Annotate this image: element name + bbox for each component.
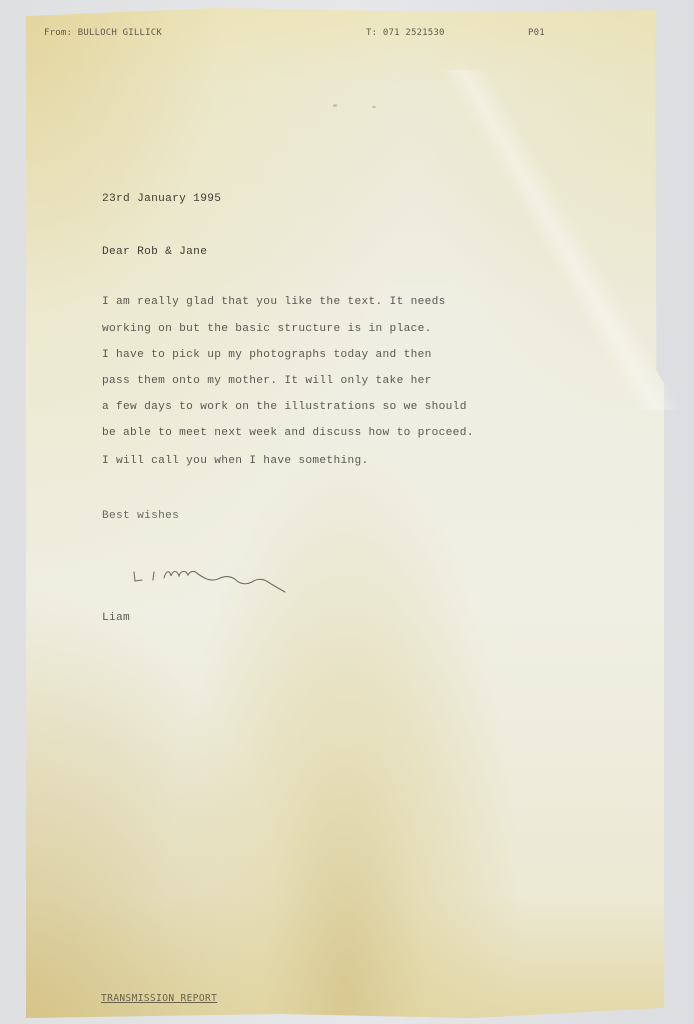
letter-body-line: pass them onto my mother. It will only t…	[102, 375, 432, 387]
fax-sender: From: BULLOCH GILLICK	[44, 28, 162, 38]
letter-body-line: be able to meet next week and discuss ho…	[102, 427, 474, 439]
letter-body-line: I have to pick up my photographs today a…	[102, 349, 432, 361]
fax-page-number: P01	[528, 28, 545, 38]
letter-body-line: I will call you when I have something.	[102, 455, 369, 467]
letter-date: 23rd January 1995	[102, 193, 221, 205]
paper-mark	[333, 104, 337, 107]
signature-icon	[128, 562, 293, 598]
letter-body-line: I am really glad that you like the text.…	[102, 296, 446, 308]
fax-phone-number: T: 071 2521530	[366, 28, 445, 38]
letter-body-line: a few days to work on the illustrations …	[102, 401, 467, 413]
letter-closing: Best wishes	[102, 510, 179, 522]
paper-mark	[372, 106, 376, 108]
signatory-name: Liam	[102, 612, 130, 624]
letter-body-line: working on but the basic structure is in…	[102, 323, 432, 335]
transmission-report-label: TRANSMISSION REPORT	[101, 993, 217, 1004]
letter-salutation: Dear Rob & Jane	[102, 246, 207, 258]
